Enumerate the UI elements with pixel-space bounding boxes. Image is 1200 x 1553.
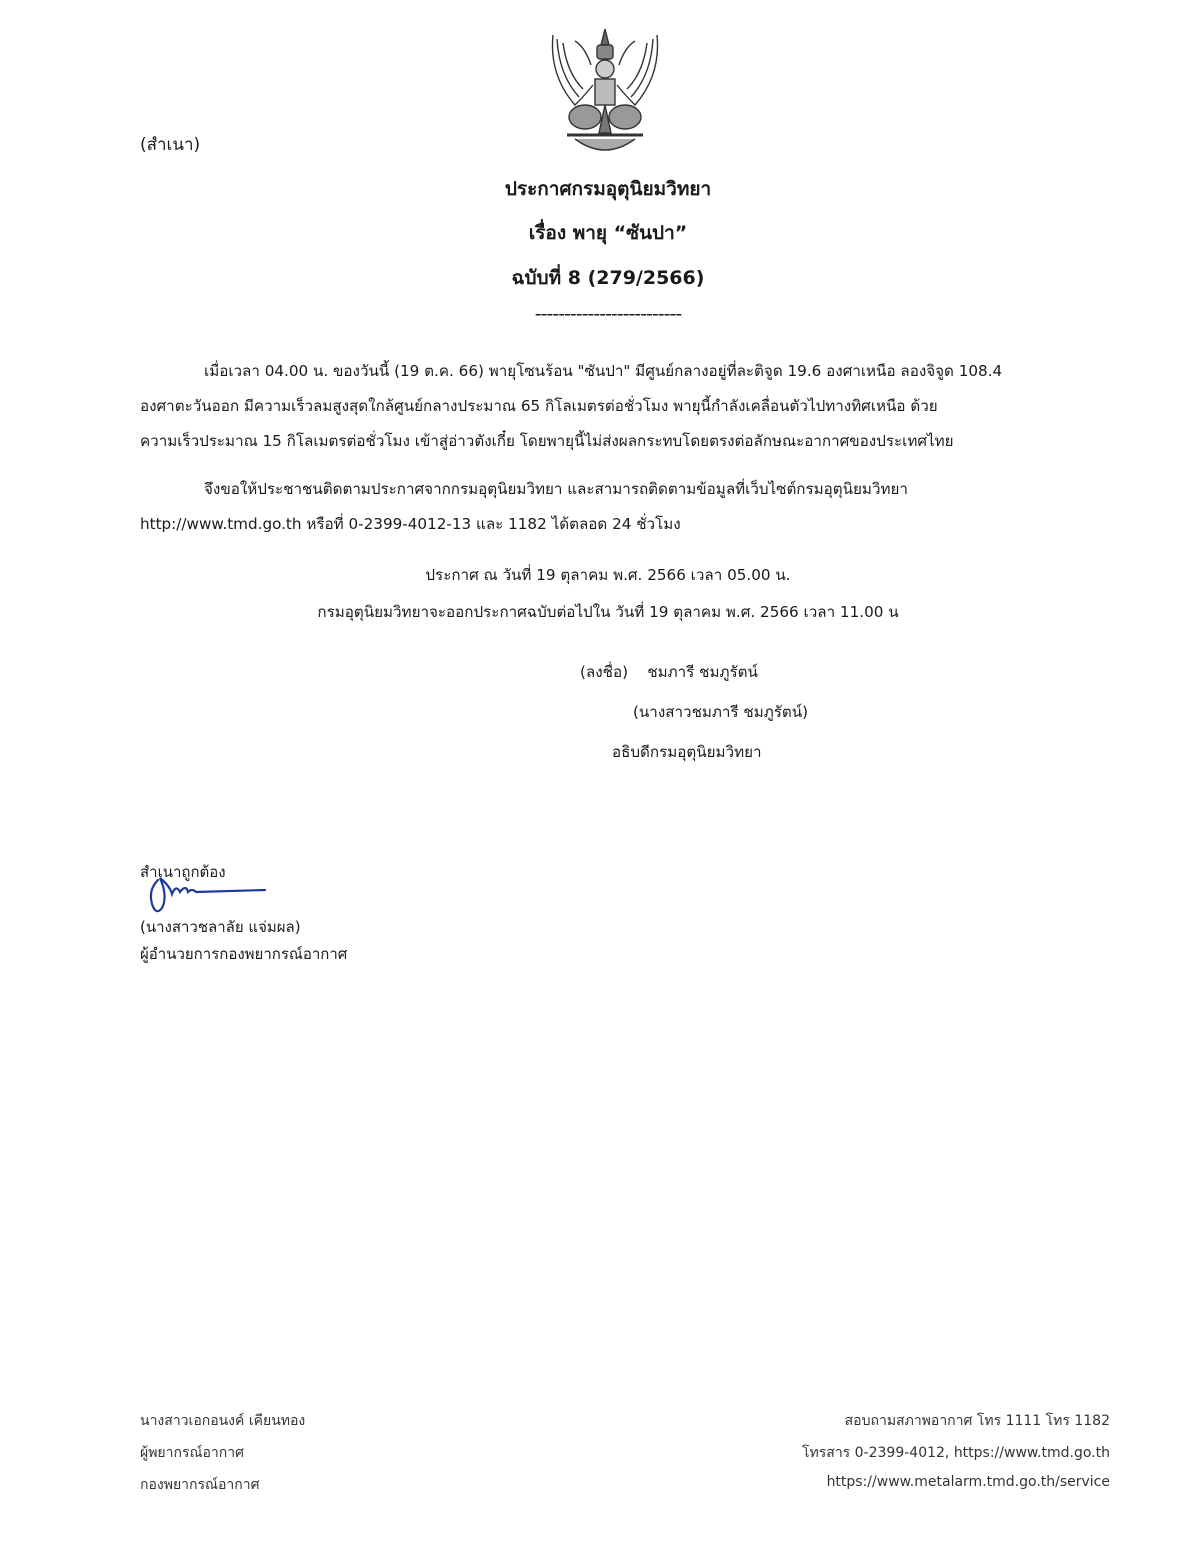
paragraph-line: เมื่อเวลา 04.00 น. ของวันนี้ (19 ต.ค. 66… [140,354,1080,389]
garuda-emblem-icon [545,25,665,157]
paragraph-storm-details: เมื่อเวลา 04.00 น. ของวันนี้ (19 ต.ค. 66… [140,354,1080,459]
forecaster-division: กองพยากรณ์อากาศ [140,1474,260,1496]
paragraph-line: องศาตะวันออก มีความเร็วลมสูงสุดใกล้ศูนย์… [140,389,1080,424]
announcement-title: ประกาศกรมอุตุนิยมวิทยา [0,174,1200,204]
paragraph-line: ความเร็วประมาณ 15 กิโลเมตรต่อชั่วโมง เข้… [140,424,1080,459]
next-issue-notice: กรมอุตุนิยมวิทยาจะออกประกาศฉบับต่อไปใน ว… [0,600,1200,624]
paragraph-line: จึงขอให้ประชาชนติดตามประกาศจากกรมอุตุนิย… [140,472,1080,507]
contact-phone: สอบถามสภาพอากาศ โทร 1111 โทร 1182 [845,1410,1110,1432]
contact-fax-website: โทรสาร 0-2399-4012, https://www.tmd.go.t… [802,1442,1110,1464]
handwritten-signature-icon [140,870,270,920]
signatory-position: อธิบดีกรมอุตุนิยมวิทยา [612,740,762,764]
announcement-subject: เรื่อง พายุ “ซันปา” [0,218,1200,248]
announcement-date: ประกาศ ณ วันที่ 19 ตุลาคม พ.ศ. 2566 เวลา… [0,563,1200,587]
forecaster-title: ผู้พยากรณ์อากาศ [140,1442,244,1464]
certifier-name: (นางสาวชลาลัย แจ่มผล) [140,915,301,939]
signatory-signed: (ลงชื่อ) ชมภารี ชมภูรัตน์ [580,660,758,684]
contact-service-url: https://www.metalarm.tmd.go.th/service [827,1474,1110,1490]
announcement-issue-number: ฉบับที่ 8 (279/2566) [0,263,1200,293]
title-divider: ------------------------- [0,303,1200,325]
paragraph-line-link: http://www.tmd.go.th หรือที่ 0-2399-4012… [140,507,1080,542]
certifier-position: ผู้อำนวยการกองพยากรณ์อากาศ [140,942,347,966]
forecaster-name: นางสาวเอกอนงค์ เคียนทอง [140,1410,305,1432]
signatory-full-name: (นางสาวชมภารี ชมภูรัตน์) [633,700,808,724]
copy-label: (สำเนา) [140,131,200,158]
paragraph-advisory: จึงขอให้ประชาชนติดตามประกาศจากกรมอุตุนิย… [140,472,1080,542]
